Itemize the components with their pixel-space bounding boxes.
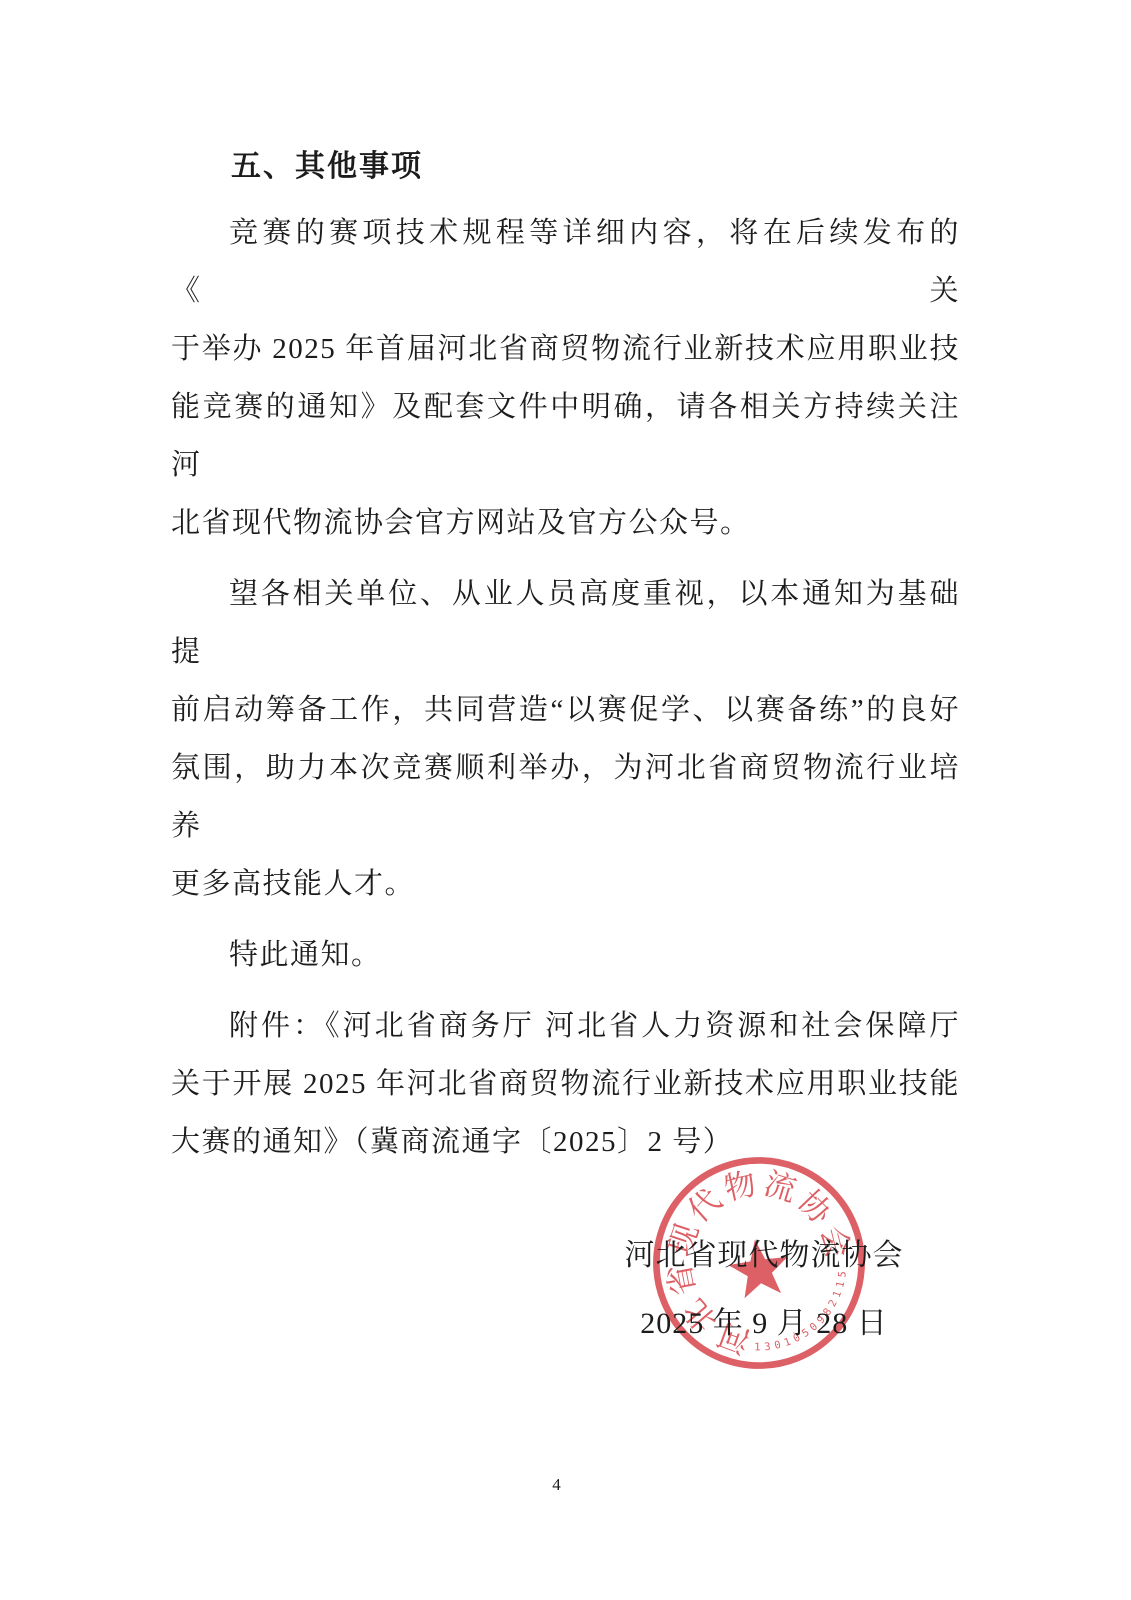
text-line: 附件：《河北省商务厅 河北省人力资源和社会保障厅 (171, 997, 960, 1055)
paragraph: 望各相关单位、从业人员高度重视，以本通知为基础提前启动筹备工作，共同营造“以赛促… (171, 565, 960, 913)
text-line: 特此通知。 (171, 926, 960, 984)
text-line: 前启动筹备工作，共同营造“以赛促学、以赛备练”的良好 (171, 681, 960, 739)
text-line: 竞赛的赛项技术规程等详细内容，将在后续发布的《关 (171, 204, 960, 320)
section-heading: 五、其他事项 (171, 138, 960, 196)
text-line: 氛围，助力本次竞赛顺利举办，为河北省商贸物流行业培养 (171, 739, 960, 855)
paragraph: 特此通知。 (171, 926, 960, 984)
text-line: 于举办 2025 年首届河北省商贸物流行业新技术应用职业技 (171, 320, 960, 378)
signature-block: 河北省现代物流协会 2025 年 9 月 28 日 (614, 1222, 914, 1358)
document-body: 五、其他事项 竞赛的赛项技术规程等详细内容，将在后续发布的《关于举办 2025 … (171, 138, 960, 1171)
page-number: 4 (0, 1474, 1113, 1496)
signature-date: 2025 年 9 月 28 日 (614, 1290, 914, 1358)
text-line: 北省现代物流协会官方网站及官方公众号。 (171, 494, 960, 552)
paragraph: 附件：《河北省商务厅 河北省人力资源和社会保障厅关于开展 2025 年河北省商贸… (171, 997, 960, 1171)
text-line: 更多高技能人才。 (171, 855, 960, 913)
document-page: 五、其他事项 竞赛的赛项技术规程等详细内容，将在后续发布的《关于举办 2025 … (0, 0, 1131, 1600)
text-line: 望各相关单位、从业人员高度重视，以本通知为基础提 (171, 565, 960, 681)
text-line: 关于开展 2025 年河北省商贸物流行业新技术应用职业技能 (171, 1055, 960, 1113)
text-line: 能竞赛的通知》及配套文件中明确，请各相关方持续关注河 (171, 378, 960, 494)
paragraph: 竞赛的赛项技术规程等详细内容，将在后续发布的《关于举办 2025 年首届河北省商… (171, 204, 960, 552)
body-paragraphs: 竞赛的赛项技术规程等详细内容，将在后续发布的《关于举办 2025 年首届河北省商… (171, 204, 960, 1171)
signature-org-name: 河北省现代物流协会 (614, 1222, 914, 1290)
